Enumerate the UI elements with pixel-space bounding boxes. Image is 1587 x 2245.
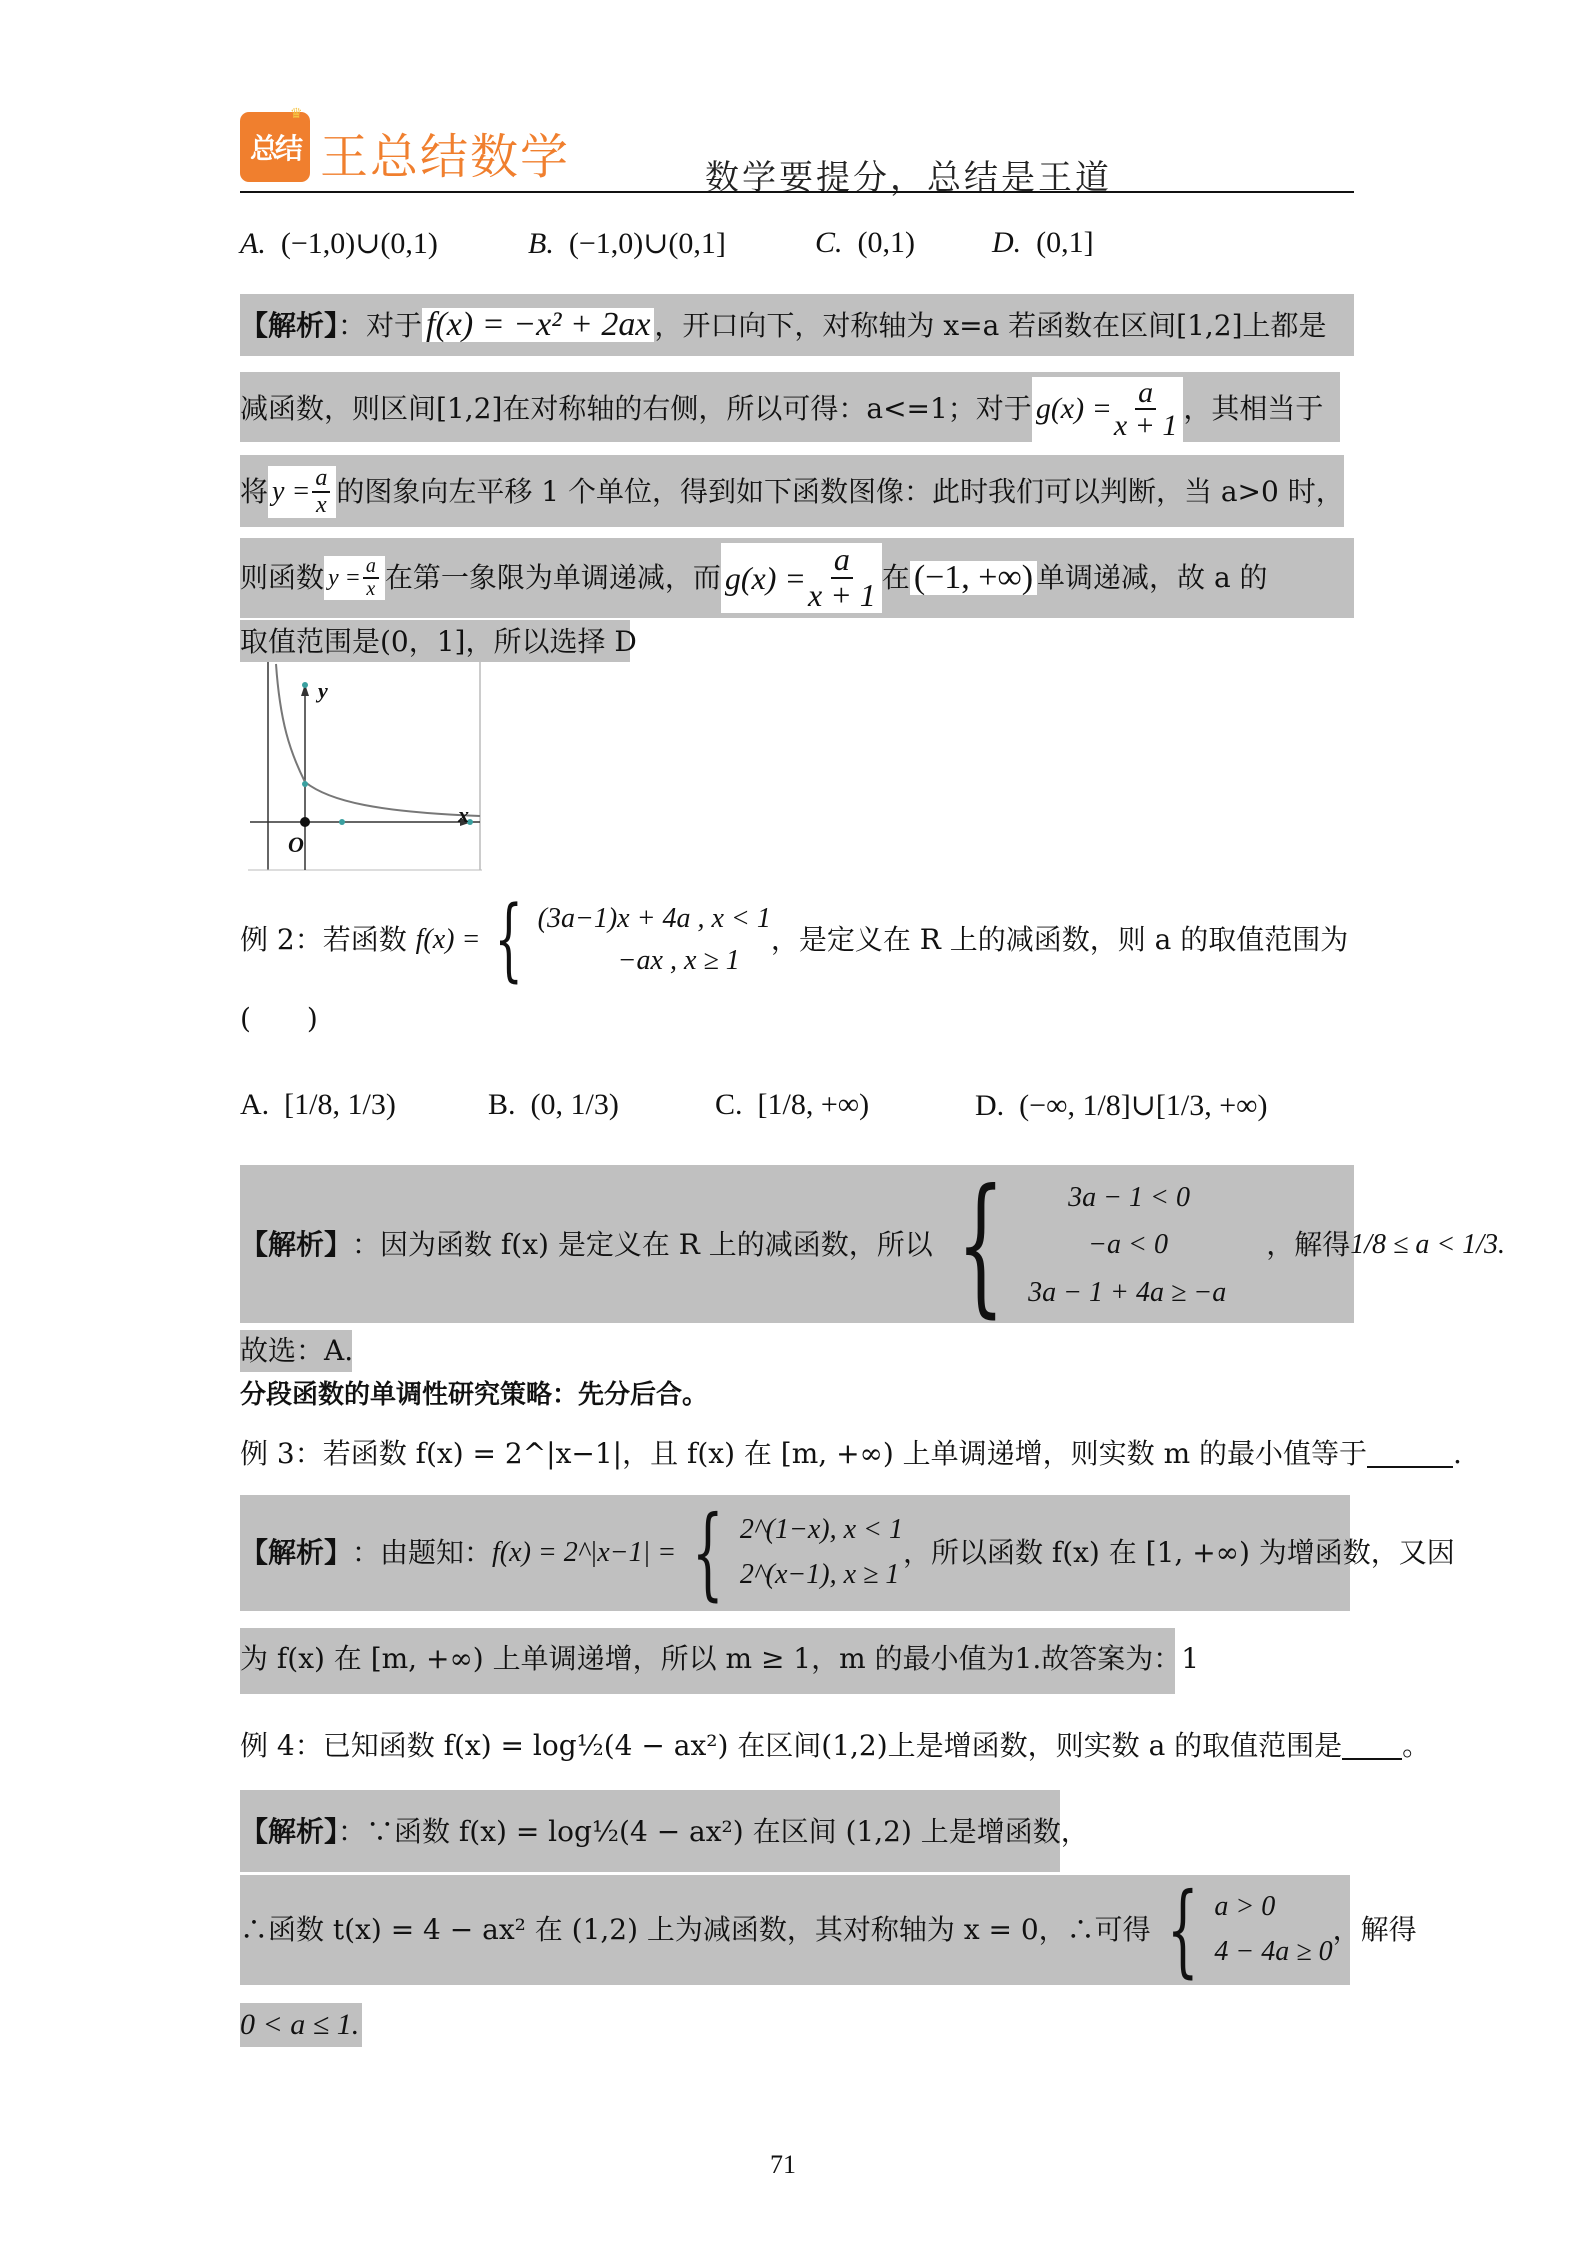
solution1-line4: 则函数 y = ax 在第一象限为单调递减，而 g(x) = ax + 1 在 …	[240, 542, 1268, 614]
function-graph: y x O	[240, 662, 482, 874]
origin-label: O	[288, 832, 304, 858]
logo-badge: 总结	[240, 112, 310, 182]
x-axis-label: x	[458, 802, 469, 828]
solution4-result: 0 < a ≤ 1.	[240, 2010, 359, 2040]
solution4-line1: 【解析】：∵函数 f(x) = log½(4 − ax²) 在区间 (1,2) …	[240, 1818, 1089, 1846]
logo-text: 王总结数学	[320, 118, 570, 187]
solution3-line2: 为 f(x) 在 [m, +∞) 上单调递增，所以 m ≥ 1，m 的最小值为1…	[240, 1645, 1199, 1673]
example2-option-c: C. [1/8, +∞)	[715, 1088, 869, 1122]
strategy-heading: 分段函数的单调性研究策略：先分后合。	[240, 1382, 708, 1408]
q1-option-b: B. (−1,0)∪(0,1]	[528, 226, 726, 261]
crown-icon: ♛	[290, 108, 306, 120]
q1-option-a: A. (−1,0)∪(0,1)	[240, 226, 438, 261]
solution1-line5: 取值范围是(0，1]，所以选择 D	[240, 628, 637, 656]
q1-option-c: C. (0,1)	[815, 226, 915, 260]
solution-tag: 【解析】	[240, 309, 338, 342]
solution1-line2: 减函数，则区间[1,2]在对称轴的右侧，所以可得：a<=1；对于 g(x) = …	[240, 378, 1323, 440]
example2-question: 例 2：若函数 f(x) = { (3a−1)x + 4a , x < 1−ax…	[240, 895, 1348, 985]
page-number: 71	[770, 2150, 796, 2180]
example4-question: 例 4：已知函数 f(x) = log½(4 − ax²) 在区间(1,2)上是…	[240, 1732, 1430, 1760]
solution2-body: 【解析】：因为函数 f(x) 是定义在 R 上的减函数，所以 { 3a − 1 …	[240, 1170, 1505, 1320]
example2-option-b: B. (0, 1/3)	[488, 1088, 619, 1122]
solution1-line3: 将 y = ax 的图象向左平移 1 个单位，得到如下函数图像：此时我们可以判断…	[240, 458, 1344, 526]
solution2-choice: 故选：A.	[240, 1337, 353, 1365]
solution1-line1: 【解析】：对于f(x) = −x² + 2ax，开口向下，对称轴为 x=a 若函…	[240, 308, 1327, 342]
example3-question: 例 3：若函数 f(x) = 2^|x−1|，且 f(x) 在 [m, +∞) …	[240, 1440, 1462, 1468]
example2-answer-paren: ( )	[240, 1005, 318, 1033]
header-divider	[240, 191, 1354, 193]
q1-option-d: D. (0,1]	[992, 226, 1094, 260]
solution4-line2: ∴函数 t(x) = 4 − ax² 在 (1,2) 上为减函数，其对称轴为 x…	[240, 1880, 1417, 1980]
example2-option-a: A. [1/8, 1/3)	[240, 1088, 396, 1122]
solution3-line1: 【解析】：由题知： f(x) = 2^|x−1| = { 2^(1−x), x …	[240, 1500, 1455, 1606]
y-axis-label: y	[318, 678, 328, 704]
example2-option-d: D. (−∞, 1/8]∪[1/3, +∞)	[975, 1088, 1268, 1123]
